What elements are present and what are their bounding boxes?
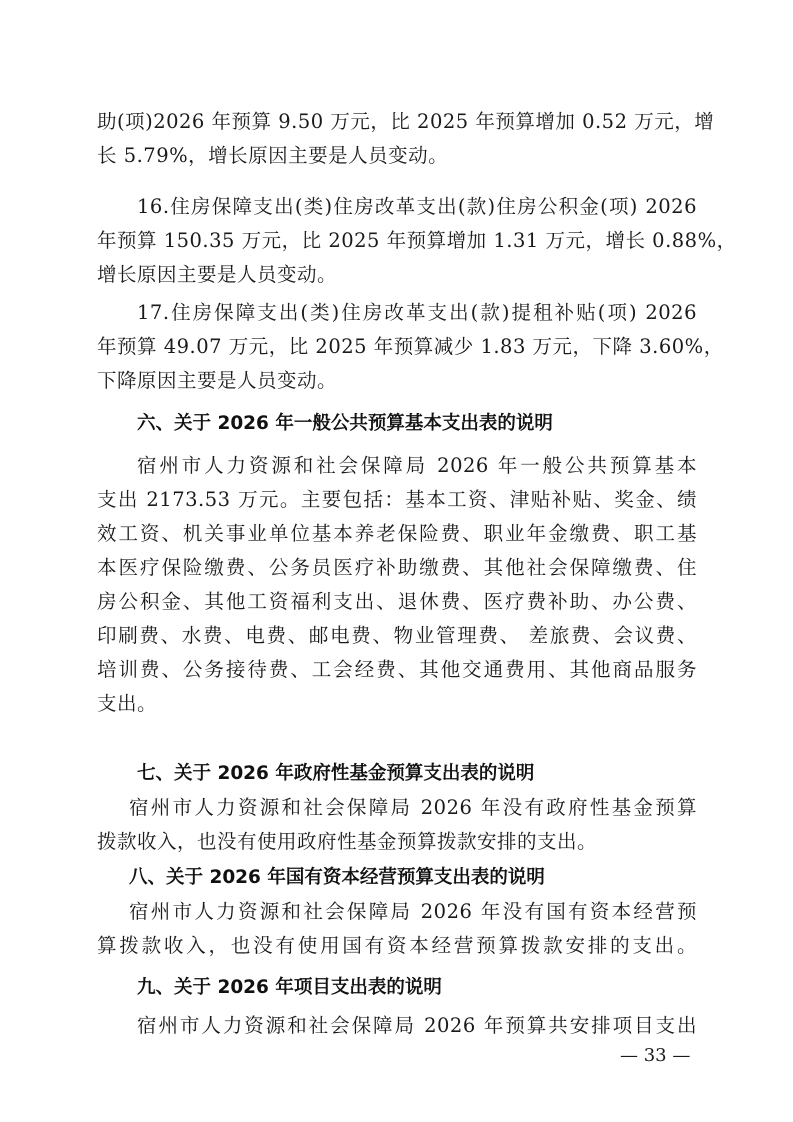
paragraph-line: 支出 2173.53 万元。主要包括：基本工资、津贴补贴、奖金、绩: [97, 487, 697, 513]
section-heading-8: 八、关于 2026 年国有资本经营预算支出表的说明: [129, 865, 545, 891]
paragraph-line: 房公积金、其他工资福利支出、退休费、医疗费补助、办公费、: [97, 589, 697, 615]
paragraph-line: 增长原因主要是人员变动。: [97, 262, 697, 288]
section-heading-6: 六、关于 2026 年一般公共预算基本支出表的说明: [137, 411, 553, 437]
paragraph-line: 培训费、公务接待费、工会经费、其他交通费用、其他商品服务: [97, 657, 697, 683]
paragraph-line: 下降原因主要是人员变动。: [97, 368, 697, 394]
paragraph-line: 本医疗保险缴费、公务员医疗补助缴费、其他社会保障缴费、住: [97, 555, 697, 581]
paragraph-line: 长 5.79%，增长原因主要是人员变动。: [97, 143, 697, 169]
paragraph-line: 宿州市人力资源和社会保障局 2026 年一般公共预算基本: [137, 453, 697, 479]
paragraph-line: 宿州市人力资源和社会保障局 2026 年没有政府性基金预算: [129, 795, 697, 821]
paragraph-line: 年预算 49.07 万元，比 2025 年预算减少 1.83 万元，下降 3.6…: [97, 334, 697, 360]
page-number: — 33 —: [620, 1043, 690, 1069]
paragraph-line: 效工资、机关事业单位基本养老保险费、职业年金缴费、职工基: [97, 521, 697, 547]
paragraph-line: 支出。: [97, 691, 697, 717]
paragraph-line: 16.住房保障支出(类)住房改革支出(款)住房公积金(项) 2026: [137, 194, 697, 220]
paragraph-line: 宿州市人力资源和社会保障局 2026 年没有国有资本经营预: [129, 899, 697, 925]
paragraph-line: 拨款收入，也没有使用政府性基金预算拨款安排的支出。: [97, 829, 697, 855]
paragraph-line: 助(项)2026 年预算 9.50 万元，比 2025 年预算增加 0.52 万…: [97, 109, 697, 135]
paragraph-line: 宿州市人力资源和社会保障局 2026 年预算共安排项目支出: [137, 1013, 697, 1039]
section-heading-9: 九、关于 2026 年项目支出表的说明: [137, 975, 442, 1001]
section-heading-7: 七、关于 2026 年政府性基金预算支出表的说明: [137, 761, 534, 787]
paragraph-line: 年预算 150.35 万元，比 2025 年预算增加 1.31 万元，增长 0.…: [97, 228, 697, 254]
paragraph-line: 17.住房保障支出(类)住房改革支出(款)提租补贴(项) 2026: [137, 300, 697, 326]
paragraph-line: 印刷费、水费、电费、邮电费、物业管理费、 差旅费、会议费、: [97, 623, 697, 649]
paragraph-line: 算拨款收入，也没有使用国有资本经营预算拨款安排的支出。: [97, 933, 697, 959]
